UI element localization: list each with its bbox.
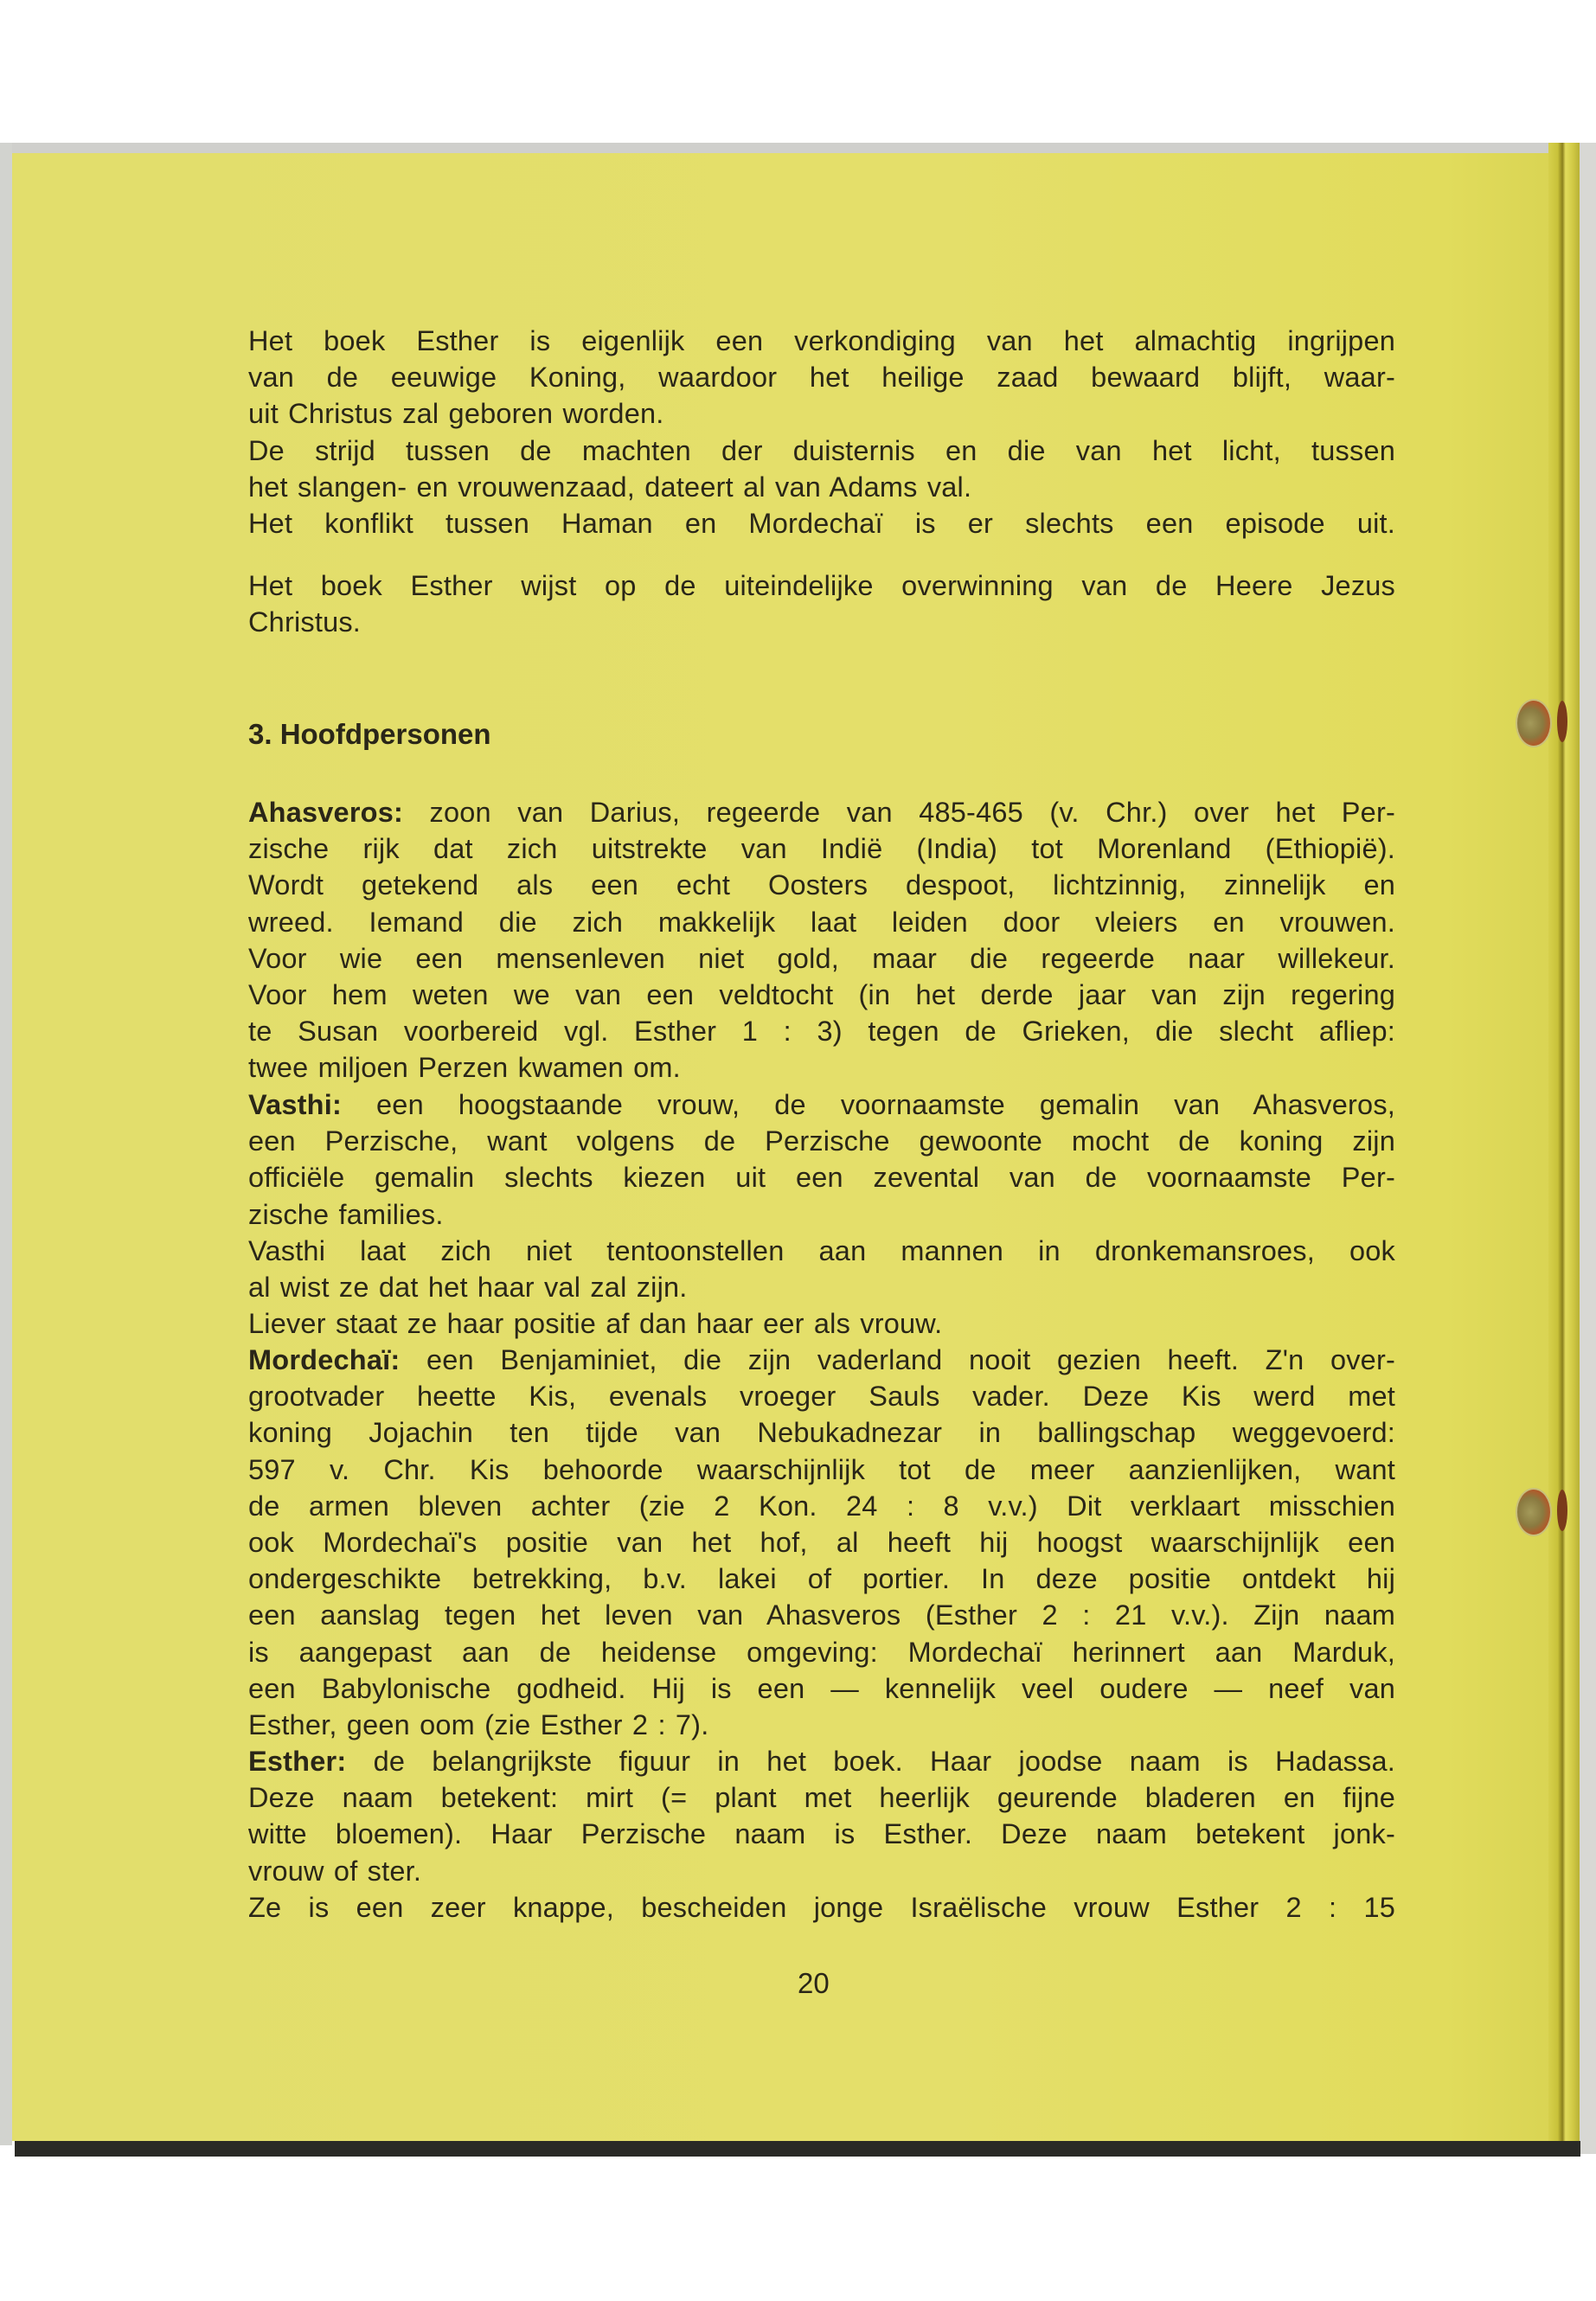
text-line: Ahasveros: zoon van Darius, regeerde van…	[248, 794, 1395, 830]
text-line: vrouw of ster.	[248, 1853, 1395, 1889]
book-cover-bottom-edge	[15, 2141, 1580, 2157]
text-line: Deze naam betekent: mirt (= plant met he…	[248, 1779, 1395, 1816]
text-line: ondergeschikte betrekking, b.v. lakei of…	[248, 1561, 1395, 1597]
text-line: Mordechaï: een Benjaminiet, die zijn vad…	[248, 1342, 1395, 1378]
text-line: Liever staat ze haar positie af dan haar…	[248, 1305, 1395, 1342]
text-line: Voor wie een mensenleven niet gold, maar…	[248, 940, 1395, 977]
person-esther: Esther: de belangrijkste figuur in het b…	[248, 1743, 1395, 1926]
text-line: Ze is een zeer knappe, bescheiden jonge …	[248, 1889, 1395, 1926]
text-line: het slangen- en vrouwenzaad, dateert al …	[248, 469, 1395, 505]
text-line: uit Christus zal geboren worden.	[248, 395, 1395, 432]
text-line: officiële gemalin slechts kiezen uit een…	[248, 1159, 1395, 1195]
text-line: Het boek Esther is eigenlijk een verkond…	[248, 323, 1395, 359]
text-line: is aangepast aan de heidense omgeving: M…	[248, 1634, 1395, 1670]
binding-ring-icon	[1516, 1488, 1552, 1536]
person-name: Mordechaï:	[248, 1344, 400, 1375]
person-description: een hoogstaande vrouw, de voornaamste ge…	[376, 1089, 1395, 1120]
text-line: De strijd tussen de machten der duistern…	[248, 433, 1395, 469]
binding-ring-icon	[1516, 699, 1552, 747]
person-vasthi: Vasthi: een hoogstaande vrouw, de voorna…	[248, 1086, 1395, 1342]
text-line: grootvader heette Kis, evenals vroeger S…	[248, 1378, 1395, 1414]
text-line: koning Jojachin ten tijde van Nebukadnez…	[248, 1414, 1395, 1451]
person-mordechai: Mordechaï: een Benjaminiet, die zijn vad…	[248, 1342, 1395, 1743]
text-line: Vasthi laat zich niet tentoonstellen aan…	[248, 1233, 1395, 1269]
person-name: Ahasveros:	[248, 797, 403, 828]
text-line: ook Mordechaï's positie van het hof, al …	[248, 1524, 1395, 1561]
text-line: zische rijk dat zich uitstrekte van Indi…	[248, 830, 1395, 867]
text-line: een Perzische, want volgens de Perzische…	[248, 1123, 1395, 1159]
text-line: Esther: de belangrijkste figuur in het b…	[248, 1743, 1395, 1779]
text-line: van de eeuwige Koning, waardoor het heil…	[248, 359, 1395, 395]
text-line: Vasthi: een hoogstaande vrouw, de voorna…	[248, 1086, 1395, 1123]
text-line: Voor hem weten we van een veldtocht (in …	[248, 977, 1395, 1013]
person-name: Esther:	[248, 1746, 346, 1777]
text-line: te Susan voorbereid vgl. Esther 1 : 3) t…	[248, 1013, 1395, 1049]
section-heading: 3. Hoofdpersonen	[248, 716, 491, 753]
binding-spine	[1548, 143, 1580, 2154]
text-line: twee miljoen Perzen kwamen om.	[248, 1049, 1395, 1086]
person-description: een Benjaminiet, die zijn vaderland nooi…	[426, 1344, 1395, 1375]
text-line: Het boek Esther wijst op de uiteindelijk…	[248, 567, 1395, 604]
text-line: Esther, geen oom (zie Esther 2 : 7).	[248, 1707, 1395, 1743]
text-line: een Babylonische godheid. Hij is een — k…	[248, 1670, 1395, 1707]
person-description: de belangrijkste figuur in het boek. Haa…	[374, 1746, 1395, 1777]
intro-text: Het boek Esther is eigenlijk een verkond…	[248, 323, 1395, 542]
text-line: wreed. Iemand die zich makkelijk laat le…	[248, 904, 1395, 940]
text-line: een aanslag tegen het leven van Ahasvero…	[248, 1597, 1395, 1633]
intro-conclusion: Het boek Esther wijst op de uiteindelijk…	[248, 567, 1395, 640]
binding-shadow	[1580, 143, 1596, 2154]
text-line: witte bloemen). Haar Perzische naam is E…	[248, 1816, 1395, 1852]
text-line: zische families.	[248, 1196, 1395, 1233]
text-line: Het konflikt tussen Haman en Mordechaï i…	[248, 505, 1395, 542]
page-top-edge	[0, 143, 1574, 153]
person-ahasveros: Ahasveros: zoon van Darius, regeerde van…	[248, 794, 1395, 1086]
text-line: Christus.	[248, 604, 1395, 640]
binding-ring-shadow	[1557, 1490, 1567, 1531]
binding-ring-shadow	[1557, 701, 1567, 742]
page-left-edge	[0, 143, 12, 2145]
text-line: al wist ze dat het haar val zal zijn.	[248, 1269, 1395, 1305]
text-line: 597 v. Chr. Kis behoorde waarschijnlijk …	[248, 1452, 1395, 1488]
text-line: de armen bleven achter (zie 2 Kon. 24 : …	[248, 1488, 1395, 1524]
page-number: 20	[798, 1965, 830, 2002]
text-line: Wordt getekend als een echt Oosters desp…	[248, 867, 1395, 903]
person-name: Vasthi:	[248, 1089, 342, 1120]
person-description: zoon van Darius, regeerde van 485-465 (v…	[430, 797, 1395, 828]
